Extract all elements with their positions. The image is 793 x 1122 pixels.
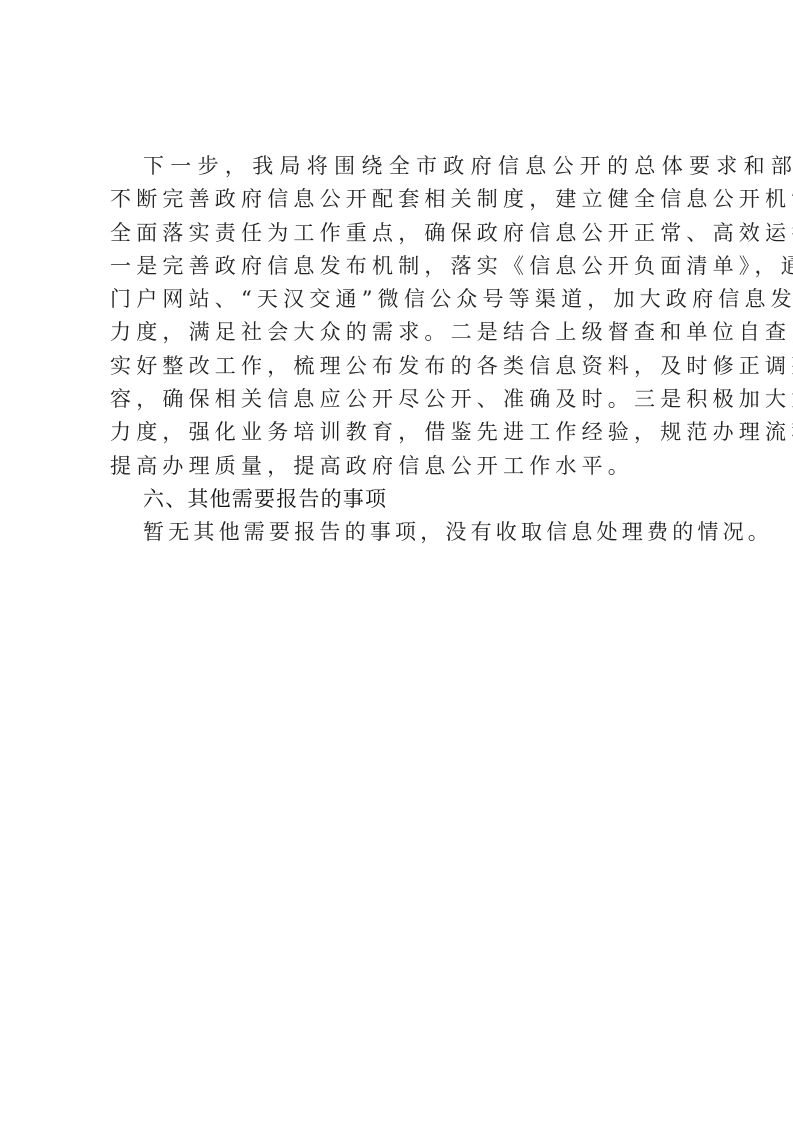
text-line: 力度，强化业务培训教育，借鉴先进工作经验，规范办理流程， [110,416,690,449]
text-line: 下一步，我局将围绕全市政府信息公开的总体要求和部署， [110,150,690,183]
document-page: 下一步，我局将围绕全市政府信息公开的总体要求和部署， 不断完善政府信息公开配套相… [110,150,690,550]
section-heading: 六、其他需要报告的事项 [110,483,690,516]
text-line: 容，确保相关信息应公开尽公开、准确及时。三是积极加大宣传 [110,383,690,416]
text-line: 实好整改工作，梳理公布发布的各类信息资料，及时修正调整内 [110,350,690,383]
text-line: 不断完善政府信息公开配套相关制度，建立健全信息公开机制， [110,183,690,216]
text-line: 提高办理质量，提高政府信息公开工作水平。 [110,450,690,483]
text-line: 门户网站、“天汉交通”微信公众号等渠道，加大政府信息发布 [110,283,690,316]
text-line: 全面落实责任为工作重点，确保政府信息公开正常、高效运行。 [110,217,690,250]
text-line: 一是完善政府信息发布机制，落实《信息公开负面清单》，通过 [110,250,690,283]
text-line: 暂无其他需要报告的事项，没有收取信息处理费的情况。 [110,516,690,549]
paragraph-other-matters: 暂无其他需要报告的事项，没有收取信息处理费的情况。 [110,516,690,549]
text-line: 力度，满足社会大众的需求。二是结合上级督查和单位自查，落 [110,316,690,349]
paragraph-next-steps: 下一步，我局将围绕全市政府信息公开的总体要求和部署， 不断完善政府信息公开配套相… [110,150,690,483]
